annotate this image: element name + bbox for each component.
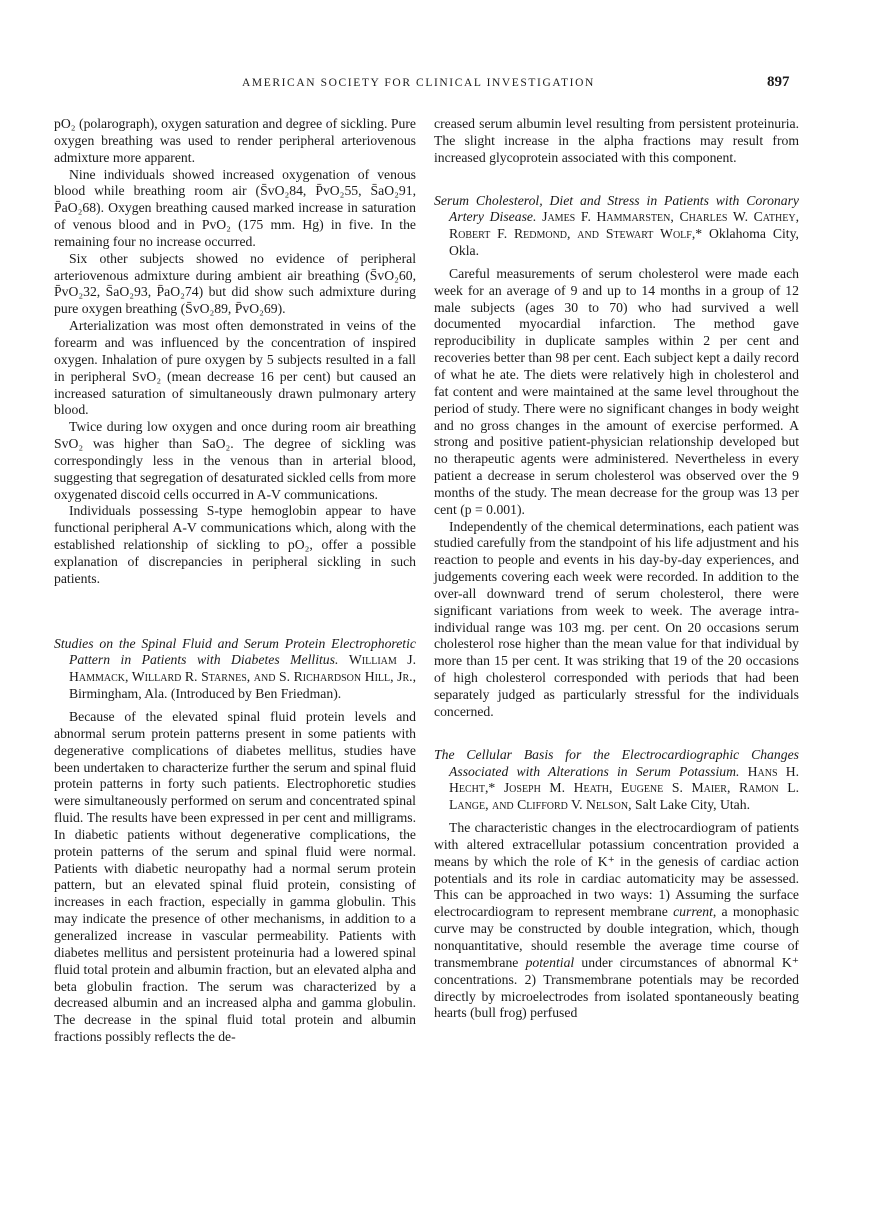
paragraph: Nine individuals showed increased oxygen… (54, 167, 416, 251)
running-title: AMERICAN SOCIETY FOR CLINICAL INVESTIGAT… (242, 77, 595, 89)
paragraph: Individuals possessing S-type hemoglobin… (54, 503, 416, 587)
paragraph: creased serum albumin level resulting fr… (434, 116, 799, 167)
abstract-introduced-by: (Introduced by Ben Friedman). (171, 686, 341, 701)
paragraph: pO₂ (polarograph), oxygen saturation and… (54, 116, 416, 167)
paragraph: Twice during low oxygen and once during … (54, 419, 416, 503)
paragraph: Independently of the chemical determinat… (434, 519, 799, 721)
paragraph: Six other subjects showed no evidence of… (54, 251, 416, 318)
paragraph: The characteristic changes in the electr… (434, 820, 799, 1022)
paragraph: Arterialization was most often demonstra… (54, 318, 416, 419)
page-number: 897 (767, 74, 790, 91)
right-column: creased serum albumin level resulting fr… (434, 116, 799, 1022)
emphasis-current: current (673, 904, 713, 919)
emphasis-potential: potential (526, 955, 575, 970)
abstract-heading: Serum Cholesterol, Diet and Stress in Pa… (434, 193, 799, 260)
paragraph: Because of the elevated spinal fluid pro… (54, 709, 416, 1046)
left-column: pO₂ (polarograph), oxygen saturation and… (54, 116, 416, 1046)
paragraph: Careful measurements of serum cholestero… (434, 266, 799, 519)
abstract-location: Salt Lake City, Utah. (635, 797, 750, 812)
abstract-heading: Studies on the Spinal Fluid and Serum Pr… (54, 636, 416, 703)
abstract-title: The Cellular Basis for the Electrocardio… (434, 747, 799, 779)
running-head: AMERICAN SOCIETY FOR CLINICAL INVESTIGAT… (0, 77, 890, 97)
abstract-heading: The Cellular Basis for the Electrocardio… (434, 747, 799, 814)
abstract-location: Birmingham, Ala. (69, 686, 167, 701)
